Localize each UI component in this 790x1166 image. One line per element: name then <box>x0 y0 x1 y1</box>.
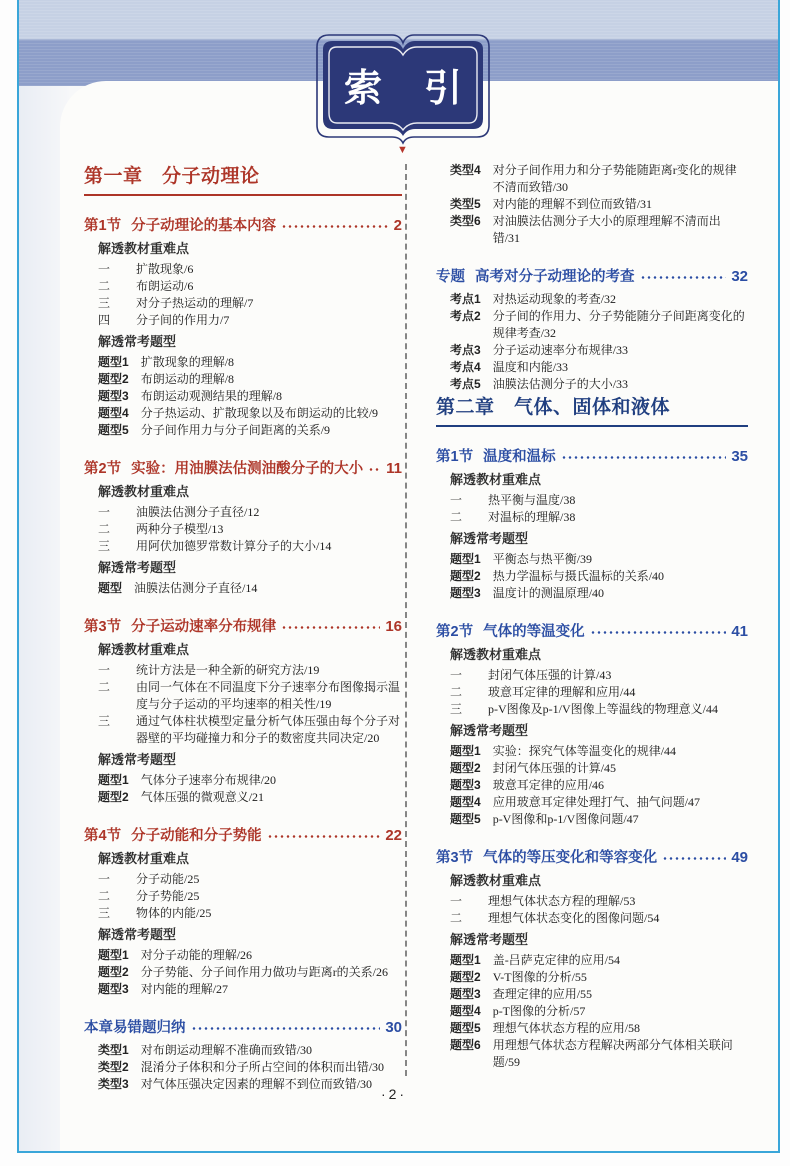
item-label: 一 <box>98 871 124 888</box>
toc-item: 二由同一气体在不同温度下分子速率分布图像揭示温度与分子运动的平均速率的相关性/1… <box>84 679 402 713</box>
section-label: 第4节 <box>84 826 121 846</box>
toc-item: 题型4分子热运动、扩散现象以及布朗运动的比较/9 <box>84 405 402 422</box>
leader-dots <box>368 467 381 472</box>
item-text: 玻意耳定律的应用/46 <box>493 777 748 794</box>
item-text: 对内能的理解/27 <box>141 981 402 998</box>
item-label: 二 <box>98 888 124 905</box>
item-label: 题型2 <box>98 964 129 981</box>
toc-item: 一理想气体状态方程的理解/53 <box>436 893 748 910</box>
item-text: 对热运动现象的考查/32 <box>493 291 748 308</box>
section-page-number: 16 <box>385 617 402 637</box>
subhead: 解透常考题型 <box>436 723 748 739</box>
section-label: 第2节 <box>436 622 473 642</box>
subhead: 解透常考题型 <box>84 927 402 943</box>
item-text: 分子间作用力与分子间距离的关系/9 <box>141 422 402 439</box>
section-heading: 专题高考对分子动理论的考查32 <box>436 267 748 287</box>
section-label: 第1节 <box>436 447 473 467</box>
index-title-left-char: 索 <box>344 68 382 110</box>
item-text: 理想气体状态变化的图像问题/54 <box>488 910 748 927</box>
section-heading: 第4节分子动能和分子势能22 <box>84 826 402 846</box>
item-text: 实验：探究气体等温变化的规律/44 <box>493 743 748 760</box>
subhead: 解透常考题型 <box>84 560 402 576</box>
item-label: 考点1 <box>450 291 481 308</box>
subhead: 解透教材重难点 <box>436 647 748 663</box>
item-text: 温度和内能/33 <box>493 359 748 376</box>
toc-item: 题型油膜法估测分子直径/14 <box>84 580 402 597</box>
item-text: 玻意耳定律的理解和应用/44 <box>488 684 748 701</box>
toc-item: 题型3玻意耳定律的应用/46 <box>436 777 748 794</box>
toc-item: 题型2布朗运动的理解/8 <box>84 371 402 388</box>
item-text: 油膜法估测分子的大小/33 <box>493 376 748 393</box>
item-label: 题型1 <box>98 772 129 789</box>
toc-item: 题型1对分子动能的理解/26 <box>84 947 402 964</box>
item-text: 对温标的理解/38 <box>488 509 748 526</box>
item-text: p-V图像和p-1/V图像问题/47 <box>493 811 748 828</box>
item-text: 理想气体状态方程的理解/53 <box>488 893 748 910</box>
item-label: 题型2 <box>450 760 481 777</box>
item-label: 题型1 <box>98 947 129 964</box>
chapter-heading: 第一章 分子动理论 <box>84 164 402 196</box>
toc-item: 一扩散现象/6 <box>84 261 402 278</box>
item-label: 二 <box>450 509 476 526</box>
item-text: 布朗运动/6 <box>136 278 402 295</box>
item-label: 一 <box>450 667 476 684</box>
index-title-right-char: 引 <box>424 68 462 110</box>
item-label: 题型3 <box>98 388 129 405</box>
section-label: 专题 <box>436 267 465 287</box>
section-page-number: 22 <box>385 826 402 846</box>
toc-item: 题型1平衡态与热平衡/39 <box>436 551 748 568</box>
toc-item: 题型6用理想气体状态方程解决两部分气体相关联问题/59 <box>436 1037 748 1071</box>
item-text: 气体分子速率分布规律/20 <box>141 772 402 789</box>
item-text: 布朗运动观测结果的理解/8 <box>141 388 402 405</box>
item-label: 题型3 <box>450 585 481 602</box>
item-text: 分子间的作用力、分子势能随分子间距离变化的规律考查/32 <box>493 308 748 342</box>
item-label: 类型4 <box>450 162 481 179</box>
toc-columns: 第一章 分子动理论第1节分子动理论的基本内容2解透教材重难点一扩散现象/6二布朗… <box>84 162 748 1093</box>
toc-item: 题型5p-V图像和p-1/V图像问题/47 <box>436 811 748 828</box>
item-text: 用阿伏加德罗常数计算分子的大小/14 <box>136 538 402 555</box>
item-label: 三 <box>450 701 476 718</box>
item-text: 对分子间作用力和分子势能随距离r变化的规律不清而致错/30 <box>493 162 748 196</box>
item-text: 气体压强的微观意义/21 <box>141 789 402 806</box>
item-text: 混淆分子体积和分子所占空间的体积而出错/30 <box>141 1059 402 1076</box>
item-label: 二 <box>98 521 124 538</box>
item-text: 对分子热运动的理解/7 <box>136 295 402 312</box>
section-heading: 第3节气体的等压变化和等容变化49 <box>436 848 748 868</box>
toc-item: 一分子动能/25 <box>84 871 402 888</box>
leader-dots <box>267 834 381 839</box>
item-text: 用理想气体状态方程解决两部分气体相关联问题/59 <box>493 1037 748 1071</box>
toc-item: 二玻意耳定律的理解和应用/44 <box>436 684 748 701</box>
section-label: 第3节 <box>84 617 121 637</box>
item-label: 题型6 <box>450 1037 481 1054</box>
subhead: 解透教材重难点 <box>84 241 402 257</box>
section-page-number: 32 <box>731 267 748 287</box>
toc-item: 二对温标的理解/38 <box>436 509 748 526</box>
item-text: 两种分子模型/13 <box>136 521 402 538</box>
item-label: 一 <box>98 504 124 521</box>
subhead: 解透教材重难点 <box>436 873 748 889</box>
toc-item: 二两种分子模型/13 <box>84 521 402 538</box>
item-text: p-T图像的分析/57 <box>493 1003 748 1020</box>
right-column: 类型4对分子间作用力和分子势能随距离r变化的规律不清而致错/30类型5对内能的理… <box>436 162 748 1093</box>
toc-item: 一热平衡与温度/38 <box>436 492 748 509</box>
section-heading: 本章易错题归纳30 <box>84 1018 402 1038</box>
section-title: 实验：用油膜法估测油酸分子的大小 <box>131 459 363 479</box>
item-label: 题型5 <box>450 811 481 828</box>
toc-item: 考点5油膜法估测分子的大小/33 <box>436 376 748 393</box>
item-label: 考点4 <box>450 359 481 376</box>
leader-dots <box>590 630 727 635</box>
subhead: 解透教材重难点 <box>84 484 402 500</box>
item-text: 分子势能/25 <box>136 888 402 905</box>
subhead: 解透教材重难点 <box>84 642 402 658</box>
toc-item: 题型3温度计的测温原理/40 <box>436 585 748 602</box>
subhead: 解透常考题型 <box>436 531 748 547</box>
item-text: 分子间的作用力/7 <box>136 312 402 329</box>
item-label: 题型1 <box>450 551 481 568</box>
item-label: 类型2 <box>98 1059 129 1076</box>
section-title: 气体的等温变化 <box>483 622 585 642</box>
item-label: 三 <box>98 713 124 730</box>
item-text: 理想气体状态方程的应用/58 <box>493 1020 748 1037</box>
item-label: 考点5 <box>450 376 481 393</box>
toc-item: 题型2分子势能、分子间作用力做功与距离r的关系/26 <box>84 964 402 981</box>
item-text: 温度计的测温原理/40 <box>493 585 748 602</box>
section-heading: 第3节分子运动速率分布规律16 <box>84 617 402 637</box>
section-page-number: 2 <box>394 216 402 236</box>
item-label: 二 <box>98 278 124 295</box>
toc-item: 考点4温度和内能/33 <box>436 359 748 376</box>
leader-dots <box>281 625 380 630</box>
item-label: 题型1 <box>450 952 481 969</box>
item-text: 对布朗运动理解不准确而致错/30 <box>141 1042 402 1059</box>
subhead: 解透教材重难点 <box>436 472 748 488</box>
item-text: 封闭气体压强的计算/45 <box>493 760 748 777</box>
item-text: 统计方法是一种全新的研究方法/19 <box>136 662 402 679</box>
section-label: 第1节 <box>84 216 121 236</box>
toc-item: 类型5对内能的理解不到位而致错/31 <box>436 196 748 213</box>
section-page-number: 30 <box>385 1018 402 1038</box>
toc-item: 题型5分子间作用力与分子间距离的关系/9 <box>84 422 402 439</box>
item-text: 物体的内能/25 <box>136 905 402 922</box>
toc-item: 类型2混淆分子体积和分子所占空间的体积而出错/30 <box>84 1059 402 1076</box>
toc-item: 二布朗运动/6 <box>84 278 402 295</box>
item-label: 类型1 <box>98 1042 129 1059</box>
item-label: 题型1 <box>98 354 129 371</box>
item-text: 热平衡与温度/38 <box>488 492 748 509</box>
item-label: 二 <box>450 910 476 927</box>
item-text: 油膜法估测分子直径/12 <box>136 504 402 521</box>
item-label: 题型2 <box>98 371 129 388</box>
toc-item: 题型2气体压强的微观意义/21 <box>84 789 402 806</box>
toc-item: 题型1盖-吕萨克定律的应用/54 <box>436 952 748 969</box>
index-book-icon: 索 引 <box>315 33 493 145</box>
toc-item: 考点3分子运动速率分布规律/33 <box>436 342 748 359</box>
item-label: 类型5 <box>450 196 481 213</box>
section-heading: 第2节气体的等温变化41 <box>436 622 748 642</box>
item-label: 三 <box>98 905 124 922</box>
item-text: 布朗运动的理解/8 <box>141 371 402 388</box>
left-column: 第一章 分子动理论第1节分子动理论的基本内容2解透教材重难点一扩散现象/6二布朗… <box>84 162 402 1093</box>
item-text: 对分子动能的理解/26 <box>141 947 402 964</box>
item-label: 考点2 <box>450 308 481 325</box>
item-label: 一 <box>98 662 124 679</box>
toc-item: 题型1扩散现象的理解/8 <box>84 354 402 371</box>
leader-dots <box>281 224 389 229</box>
toc-item: 题型4p-T图像的分析/57 <box>436 1003 748 1020</box>
toc-item: 题型1气体分子速率分布规律/20 <box>84 772 402 789</box>
item-label: 题型 <box>98 580 122 597</box>
section-title: 气体的等压变化和等容变化 <box>483 848 657 868</box>
section-page-number: 49 <box>731 848 748 868</box>
item-label: 题型2 <box>450 568 481 585</box>
toc-item: 题型3查理定律的应用/55 <box>436 986 748 1003</box>
toc-item: 三用阿伏加德罗常数计算分子的大小/14 <box>84 538 402 555</box>
leader-dots <box>640 275 727 280</box>
item-text: 盖-吕萨克定律的应用/54 <box>493 952 748 969</box>
section-page-number: 41 <box>731 622 748 642</box>
item-text: 对内能的理解不到位而致错/31 <box>493 196 748 213</box>
item-label: 题型2 <box>450 969 481 986</box>
item-text: 分子动能/25 <box>136 871 402 888</box>
item-label: 题型4 <box>450 1003 481 1020</box>
section-title: 分子动能和分子势能 <box>131 826 262 846</box>
item-text: 油膜法估测分子直径/14 <box>134 580 402 597</box>
section-page-number: 35 <box>731 447 748 467</box>
item-text: 分子热运动、扩散现象以及布朗运动的比较/9 <box>141 405 402 422</box>
item-label: 题型3 <box>450 777 481 794</box>
item-label: 题型2 <box>98 789 129 806</box>
toc-item: 题型2封闭气体压强的计算/45 <box>436 760 748 777</box>
item-label: 二 <box>450 684 476 701</box>
item-text: p-V图像及p-1/V图像上等温线的物理意义/44 <box>488 701 748 718</box>
footer-page-number: ·2· <box>84 1086 704 1102</box>
toc-item: 题型3对内能的理解/27 <box>84 981 402 998</box>
section-label: 第3节 <box>436 848 473 868</box>
down-triangle-icon: ▼ <box>397 145 408 156</box>
item-label: 类型6 <box>450 213 481 230</box>
toc-item: 一统计方法是一种全新的研究方法/19 <box>84 662 402 679</box>
section-title: 分子运动速率分布规律 <box>131 617 276 637</box>
toc-item: 类型4对分子间作用力和分子势能随距离r变化的规律不清而致错/30 <box>436 162 748 196</box>
item-label: 一 <box>450 492 476 509</box>
item-label: 三 <box>98 295 124 312</box>
leader-dots <box>191 1026 381 1031</box>
section-page-number: 11 <box>386 459 402 479</box>
toc-item: 二分子势能/25 <box>84 888 402 905</box>
toc-item: 三对分子热运动的理解/7 <box>84 295 402 312</box>
leader-dots <box>662 856 726 861</box>
subhead: 解透教材重难点 <box>84 851 402 867</box>
item-label: 题型4 <box>98 405 129 422</box>
item-text: 封闭气体压强的计算/43 <box>488 667 748 684</box>
section-title: 温度和温标 <box>483 447 556 467</box>
toc-item: 题型4应用玻意耳定律处理打气、抽气问题/47 <box>436 794 748 811</box>
leader-dots <box>561 455 727 460</box>
item-label: 题型3 <box>98 981 129 998</box>
toc-item: 题型2热力学温标与摄氏温标的关系/40 <box>436 568 748 585</box>
item-label: 题型3 <box>450 986 481 1003</box>
subhead: 解透常考题型 <box>436 932 748 948</box>
item-text: 扩散现象的理解/8 <box>141 354 402 371</box>
item-text: 通过气体柱状模型定量分析气体压强由每个分子对器壁的平均碰撞力和分子的数密度共同决… <box>136 713 402 747</box>
item-text: 分子势能、分子间作用力做功与距离r的关系/26 <box>141 964 402 981</box>
item-text: 应用玻意耳定律处理打气、抽气问题/47 <box>493 794 748 811</box>
item-text: 扩散现象/6 <box>136 261 402 278</box>
section-heading: 第2节实验：用油膜法估测油酸分子的大小11 <box>84 459 402 479</box>
subhead: 解透常考题型 <box>84 752 402 768</box>
toc-item: 二理想气体状态变化的图像问题/54 <box>436 910 748 927</box>
item-label: 二 <box>98 679 124 696</box>
section-title: 高考对分子动理论的考查 <box>475 267 635 287</box>
toc-item: 一油膜法估测分子直径/12 <box>84 504 402 521</box>
chapter-heading: 第二章 气体、固体和液体 <box>436 395 748 427</box>
item-text: 对油膜法估测分子大小的原理理解不清而出错/31 <box>493 213 748 247</box>
item-text: 热力学温标与摄氏温标的关系/40 <box>493 568 748 585</box>
toc-item: 一封闭气体压强的计算/43 <box>436 667 748 684</box>
item-label: 题型5 <box>450 1020 481 1037</box>
item-label: 题型5 <box>98 422 129 439</box>
item-text: 查理定律的应用/55 <box>493 986 748 1003</box>
section-label: 第2节 <box>84 459 121 479</box>
item-text: V-T图像的分析/55 <box>493 969 748 986</box>
section-title: 分子动理论的基本内容 <box>131 216 276 236</box>
item-label: 一 <box>450 893 476 910</box>
subhead: 解透常考题型 <box>84 334 402 350</box>
toc-item: 三通过气体柱状模型定量分析气体压强由每个分子对器壁的平均碰撞力和分子的数密度共同… <box>84 713 402 747</box>
section-heading: 第1节温度和温标35 <box>436 447 748 467</box>
item-label: 题型4 <box>450 794 481 811</box>
toc-item: 三p-V图像及p-1/V图像上等温线的物理意义/44 <box>436 701 748 718</box>
item-text: 由同一气体在不同温度下分子速率分布图像揭示温度与分子运动的平均速率的相关性/19 <box>136 679 402 713</box>
item-text: 分子运动速率分布规律/33 <box>493 342 748 359</box>
toc-item: 题型2V-T图像的分析/55 <box>436 969 748 986</box>
section-title: 本章易错题归纳 <box>84 1018 186 1038</box>
scanned-index-page: 索 引 ▼ 第一章 分子动理论第1节分子动理论的基本内容2解透教材重难点一扩散现… <box>0 0 790 1166</box>
toc-item: 考点2分子间的作用力、分子势能随分子间距离变化的规律考查/32 <box>436 308 748 342</box>
toc-item: 考点1对热运动现象的考查/32 <box>436 291 748 308</box>
item-label: 四 <box>98 312 124 329</box>
item-label: 题型1 <box>450 743 481 760</box>
toc-item: 题型1实验：探究气体等温变化的规律/44 <box>436 743 748 760</box>
item-text: 平衡态与热平衡/39 <box>493 551 748 568</box>
section-heading: 第1节分子动理论的基本内容2 <box>84 216 402 236</box>
item-label: 考点3 <box>450 342 481 359</box>
toc-item: 四分子间的作用力/7 <box>84 312 402 329</box>
toc-item: 题型5理想气体状态方程的应用/58 <box>436 1020 748 1037</box>
toc-item: 题型3布朗运动观测结果的理解/8 <box>84 388 402 405</box>
toc-item: 类型1对布朗运动理解不准确而致错/30 <box>84 1042 402 1059</box>
toc-item: 类型6对油膜法估测分子大小的原理理解不清而出错/31 <box>436 213 748 247</box>
toc-item: 三物体的内能/25 <box>84 905 402 922</box>
item-label: 三 <box>98 538 124 555</box>
item-label: 一 <box>98 261 124 278</box>
